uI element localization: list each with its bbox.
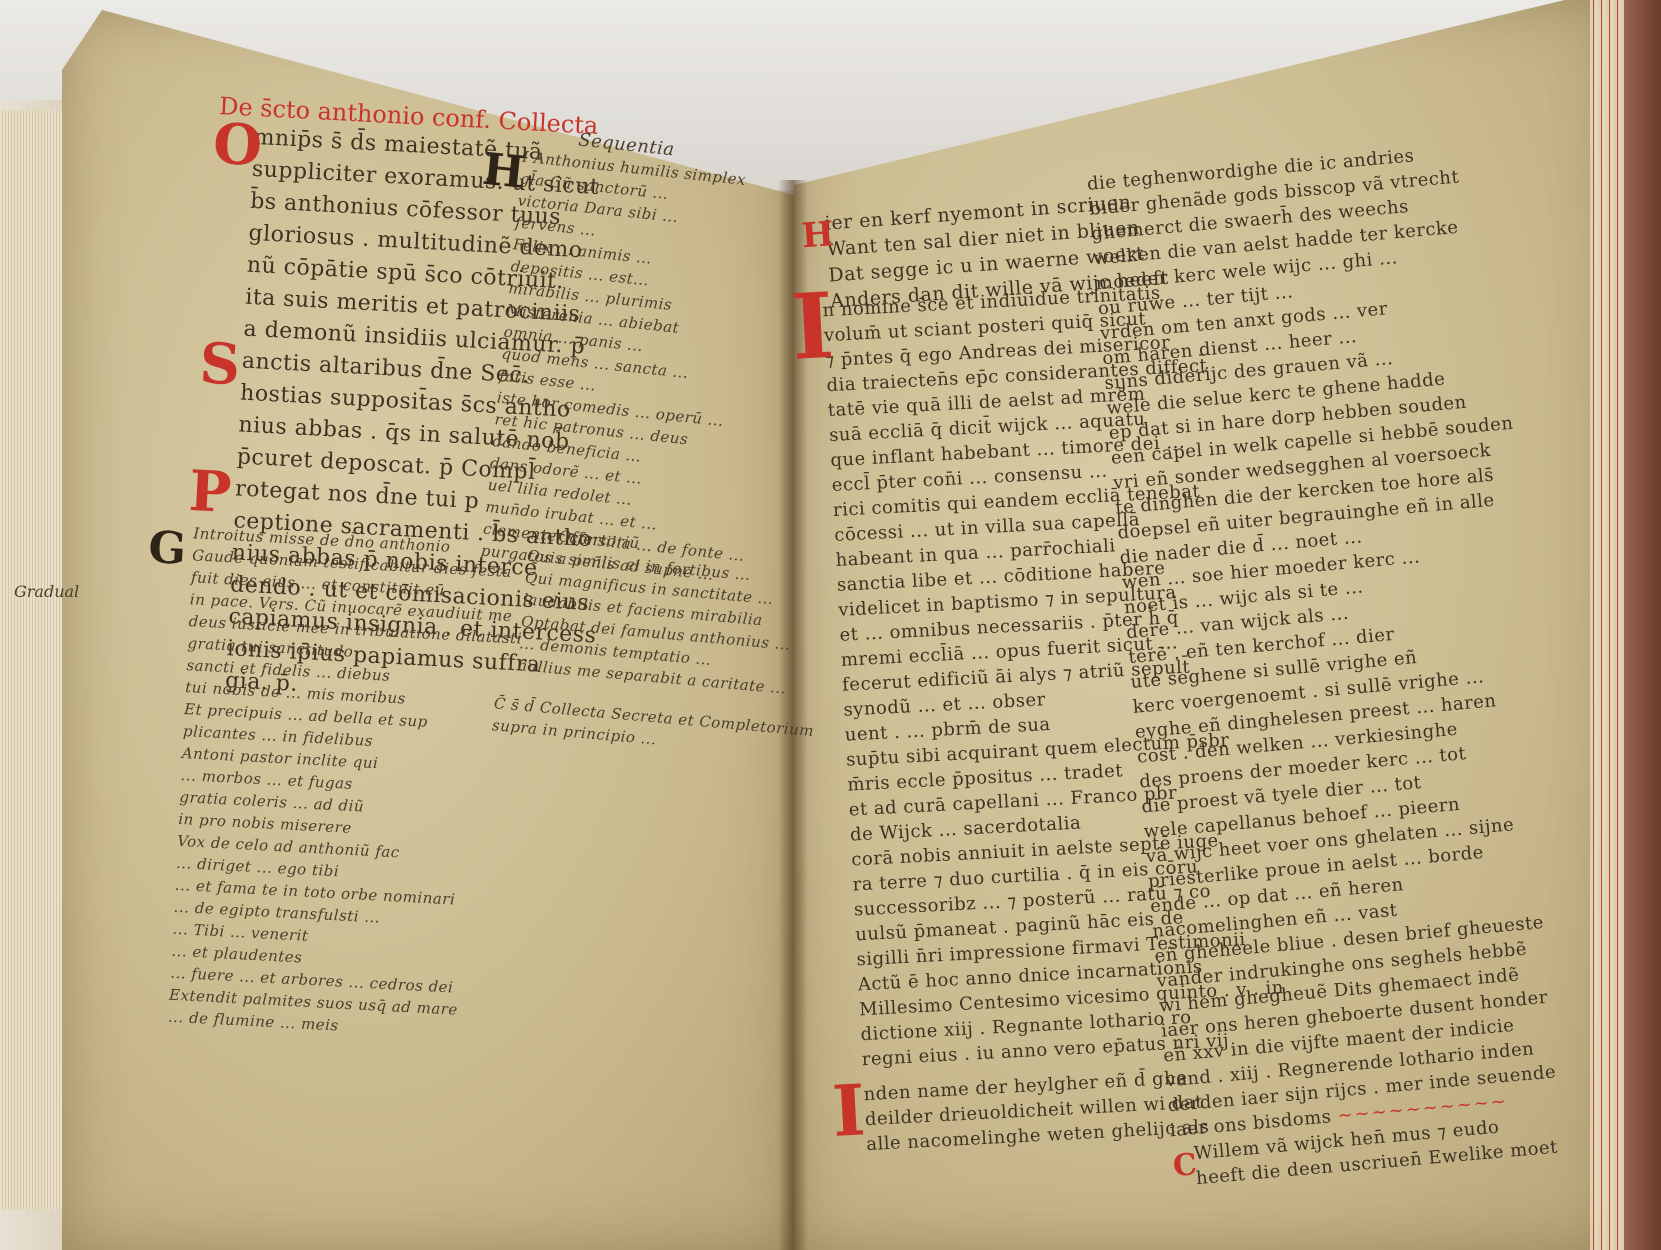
red-initial: S: [198, 335, 241, 393]
open-manuscript: De s̄cto anthonio conf. Collecta O mnip̄…: [0, 0, 1661, 1250]
ink-initial: H: [480, 142, 527, 202]
left-col1-lower: G Introitus misse de d̄no anthonio Gaude…: [124, 520, 528, 1045]
red-initial: C: [1171, 1137, 1200, 1195]
red-initial: I: [790, 298, 835, 356]
ink-initial: G: [147, 520, 187, 578]
red-initial: O: [212, 116, 264, 174]
red-initial: I: [831, 1082, 867, 1140]
margin-note: Gradual: [14, 582, 79, 601]
red-initial: H: [800, 206, 836, 264]
left-col2: Sequentia H I Anthonius humilis simplex …: [444, 120, 787, 589]
right-fore-edge: [1590, 0, 1624, 1250]
red-initial: P: [188, 463, 233, 521]
left-page-stack: [0, 110, 72, 1210]
left-col2-offertory: Offertoriũ Quis similis ei in fortibus …: [481, 520, 830, 764]
